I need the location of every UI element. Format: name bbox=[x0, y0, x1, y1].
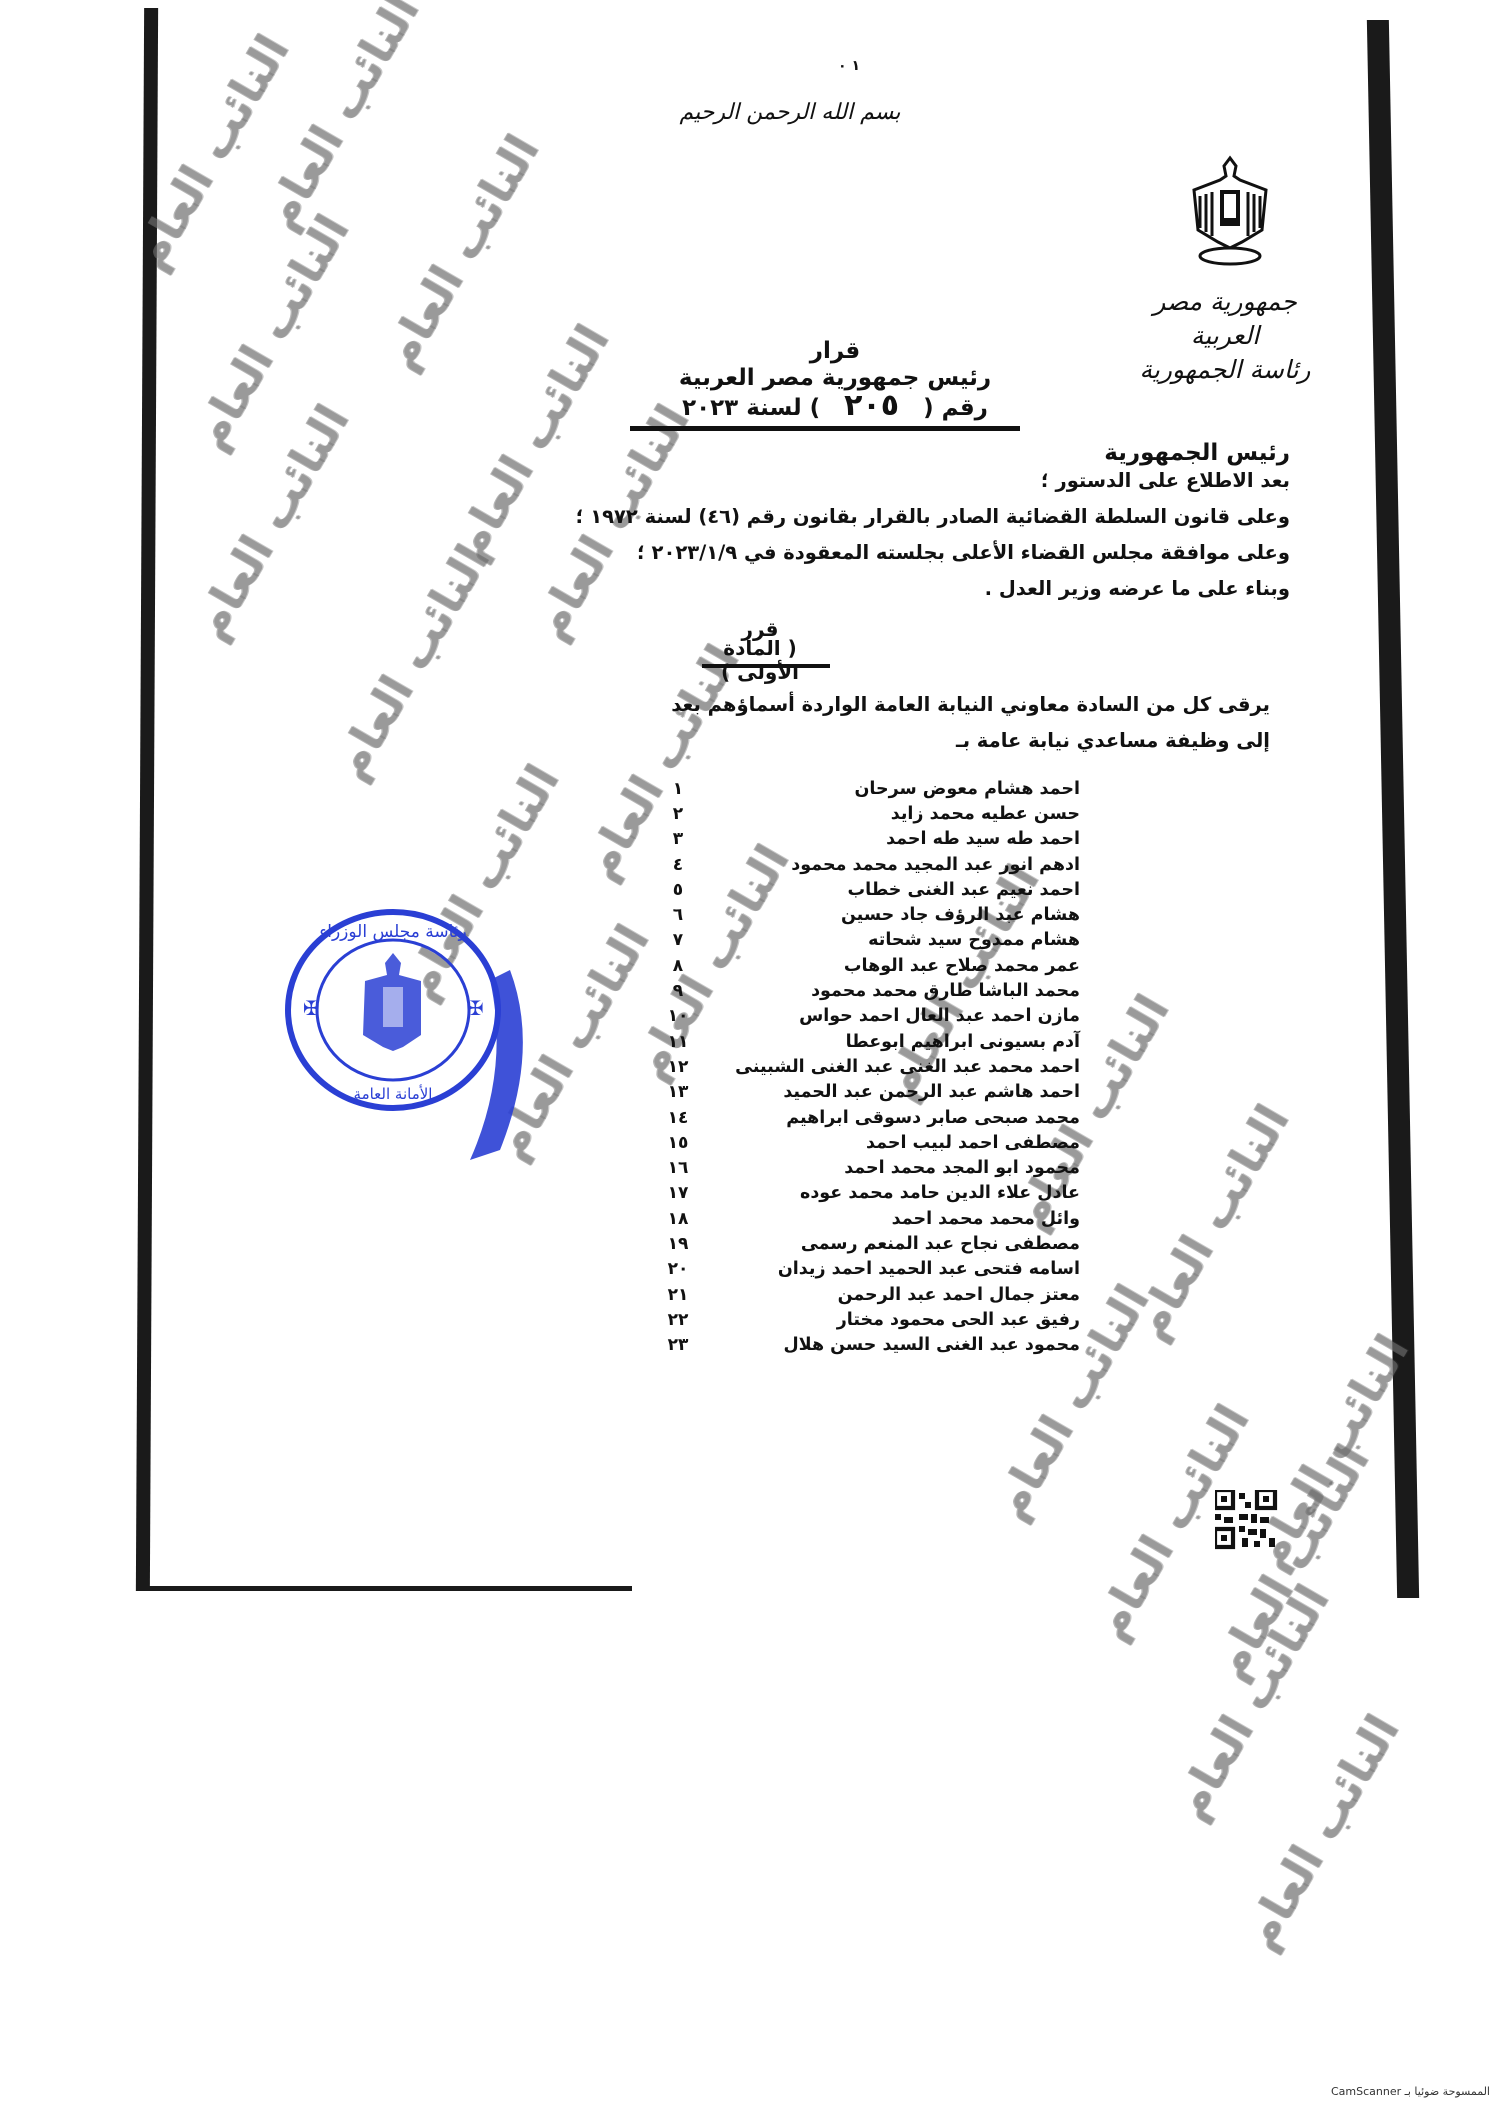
basmala: بسم الله الرحمن الرحيم bbox=[660, 100, 920, 125]
list-item: ١٧عادل علاء الدين حامد محمد عوده bbox=[650, 1181, 1100, 1206]
list-item: ٢حسن عطيه محمد زايد bbox=[650, 801, 1100, 826]
decree-number-line: رقم (٢٠٥) لسنة ٢٠٢٣ bbox=[620, 392, 1050, 422]
list-item-name: محمود ابو المجد محمد احمد bbox=[706, 1158, 1100, 1178]
list-item-number: ٤ bbox=[650, 855, 706, 875]
scan-border-bottom bbox=[140, 1586, 632, 1591]
list-item-number: ١٠ bbox=[650, 1006, 706, 1026]
svg-text:الأمانة العامة: الأمانة العامة bbox=[354, 1084, 433, 1103]
list-item: ٩محمد الباشا طارق محمد محمود bbox=[650, 978, 1100, 1003]
list-item-number: ١ bbox=[650, 779, 706, 799]
decree-issuer: رئيس جمهورية مصر العربية bbox=[620, 365, 1050, 392]
watermark-text: النائب العام bbox=[372, 125, 549, 378]
list-item: ١٦محمود ابو المجد محمد احمد bbox=[650, 1155, 1100, 1180]
list-item: ١٣احمد هاشم عبد الرحمن عبد الحميد bbox=[650, 1080, 1100, 1105]
list-item-number: ٢٠ bbox=[650, 1259, 706, 1279]
decree-title: قرار bbox=[620, 338, 1050, 365]
list-item-name: احمد طه سيد طه احمد bbox=[706, 829, 1100, 849]
list-item-name: عمر محمد صلاح عبد الوهاب bbox=[706, 956, 1100, 976]
letterhead: جمهورية مصر العربية رئاسة الجمهورية bbox=[1130, 285, 1320, 387]
list-item-number: ١٧ bbox=[650, 1183, 706, 1203]
list-item-name: معتز جمال احمد عبد الرحمن bbox=[706, 1285, 1100, 1305]
list-item-name: محمد الباشا طارق محمد محمود bbox=[706, 981, 1100, 1001]
letterhead-country: جمهورية مصر العربية bbox=[1130, 285, 1320, 353]
list-item-number: ١٣ bbox=[650, 1082, 706, 1102]
list-item: ١٢احمد محمد عبد الغنى عبد الغنى الشبينى bbox=[650, 1054, 1100, 1079]
list-item-number: ١٥ bbox=[650, 1133, 706, 1153]
scan-border-left bbox=[136, 8, 158, 1591]
list-item-number: ٧ bbox=[650, 930, 706, 950]
list-item-name: رفيق عبد الحى محمود مختار bbox=[706, 1310, 1100, 1330]
list-item-number: ٥ bbox=[650, 880, 706, 900]
qr-code-icon bbox=[1215, 1490, 1281, 1550]
watermark-text: النائب العام bbox=[252, 0, 429, 239]
eagle-emblem-icon bbox=[1180, 150, 1280, 270]
list-item: ٢٣محمود عبد الغنى السيد حسن هلال bbox=[650, 1333, 1100, 1358]
list-item-name: آدم بسيونى ابراهيم ابوعطا bbox=[706, 1032, 1100, 1052]
list-item-number: ٢٢ bbox=[650, 1310, 706, 1330]
letterhead-office: رئاسة الجمهورية bbox=[1130, 353, 1320, 387]
list-item: ١٥مصطفى احمد لبيب احمد bbox=[650, 1130, 1100, 1155]
watermark-text: النائب العام bbox=[182, 205, 359, 458]
list-item-name: محمود عبد الغنى السيد حسن هلال bbox=[706, 1335, 1100, 1355]
list-item: ٤ادهم انور عبد المجيد محمد محمود bbox=[650, 852, 1100, 877]
list-item-name: ادهم انور عبد المجيد محمد محمود bbox=[706, 855, 1100, 875]
svg-text:رئاسة مجلس الوزراء: رئاسة مجلس الوزراء bbox=[319, 922, 467, 942]
list-item-name: احمد نعيم عبد الغنى خطاب bbox=[706, 880, 1100, 900]
list-item-number: ٨ bbox=[650, 956, 706, 976]
page-marks: ١ ٠ bbox=[740, 58, 860, 74]
list-item-name: مازن احمد عبد العال احمد حواس bbox=[706, 1006, 1100, 1026]
header-underline bbox=[630, 426, 1020, 431]
list-item: ٨عمر محمد صلاح عبد الوهاب bbox=[650, 953, 1100, 978]
article-body-line: إلى وظيفة مساعدي نيابة عامة بـ bbox=[320, 723, 1270, 759]
decree-number: ٢٠٥ bbox=[844, 388, 899, 423]
list-item: ١٠مازن احمد عبد العال احمد حواس bbox=[650, 1004, 1100, 1029]
watermark-text: النائب العام bbox=[1122, 1095, 1299, 1348]
list-item-number: ٢ bbox=[650, 804, 706, 824]
article-underline bbox=[702, 664, 830, 668]
list-item-name: احمد هشام معوض سرحان bbox=[706, 779, 1100, 799]
decree-number-label: رقم ( bbox=[923, 395, 988, 421]
list-item-number: ١١ bbox=[650, 1032, 706, 1052]
list-item: ٢٠اسامه فتحى عبد الحميد احمد زيدان bbox=[650, 1257, 1100, 1282]
article-body: يرقى كل من السادة معاوني النيابة العامة … bbox=[320, 687, 1270, 759]
list-item: ٦هشام عبد الرؤف جاد حسين bbox=[650, 902, 1100, 927]
list-item: ١٨وائل محمد محمد احمد bbox=[650, 1206, 1100, 1231]
list-item-number: ١٢ bbox=[650, 1057, 706, 1077]
list-item: ٣احمد طه سيد طه احمد bbox=[650, 827, 1100, 852]
list-item-name: حسن عطيه محمد زايد bbox=[706, 804, 1100, 824]
list-item-number: ٢١ bbox=[650, 1285, 706, 1305]
list-item-number: ٢٣ bbox=[650, 1335, 706, 1355]
list-item-name: مصطفى نجاح عبد المنعم رسمى bbox=[706, 1234, 1100, 1254]
list-item: ١احمد هشام معوض سرحان bbox=[650, 776, 1100, 801]
preamble-line: بعد الاطلاع على الدستور ؛ bbox=[420, 463, 1290, 499]
seal-partial-arc bbox=[430, 960, 540, 1170]
watermark-text: النائب العام bbox=[1202, 1435, 1379, 1688]
svg-text:✠: ✠ bbox=[303, 996, 320, 1020]
decree-year: ) لسنة ٢٠٢٣ bbox=[682, 395, 820, 421]
list-item-name: اسامه فتحى عبد الحميد احمد زيدان bbox=[706, 1259, 1100, 1279]
article-title: ( المادة الأولى ) bbox=[690, 636, 830, 684]
list-item-number: ٩ bbox=[650, 981, 706, 1001]
list-item-name: احمد هاشم عبد الرحمن عبد الحميد bbox=[706, 1082, 1100, 1102]
list-item: ٥احمد نعيم عبد الغنى خطاب bbox=[650, 877, 1100, 902]
list-item: ٢١معتز جمال احمد عبد الرحمن bbox=[650, 1282, 1100, 1307]
list-item-number: ١٩ bbox=[650, 1234, 706, 1254]
preamble-line: وعلى موافقة مجلس القضاء الأعلى بجلسته ال… bbox=[420, 535, 1290, 571]
list-item-name: محمد صبحى صابر دسوقى ابراهيم bbox=[706, 1108, 1100, 1128]
watermark-text: النائب العام bbox=[182, 395, 359, 648]
scan-border-right bbox=[1367, 20, 1419, 1598]
list-item-number: ١٨ bbox=[650, 1209, 706, 1229]
list-item: ٧هشام ممدوح سيد شحاته bbox=[650, 928, 1100, 953]
list-item: ١٩مصطفى نجاح عبد المنعم رسمى bbox=[650, 1231, 1100, 1256]
list-item-number: ٦ bbox=[650, 905, 706, 925]
list-item-name: مصطفى احمد لبيب احمد bbox=[706, 1133, 1100, 1153]
list-item-number: ١٤ bbox=[650, 1108, 706, 1128]
list-item-name: عادل علاء الدين حامد محمد عوده bbox=[706, 1183, 1100, 1203]
list-item-name: وائل محمد محمد احمد bbox=[706, 1209, 1100, 1229]
watermark-text: النائب العام bbox=[1232, 1705, 1409, 1958]
preamble: بعد الاطلاع على الدستور ؛ وعلى قانون الس… bbox=[420, 463, 1290, 607]
names-list: ١احمد هشام معوض سرحان٢حسن عطيه محمد زايد… bbox=[650, 776, 1100, 1358]
list-item-name: هشام عبد الرؤف جاد حسين bbox=[706, 905, 1100, 925]
list-item: ١١آدم بسيونى ابراهيم ابوعطا bbox=[650, 1029, 1100, 1054]
preamble-line: وعلى قانون السلطة القضائية الصادر بالقرا… bbox=[420, 499, 1290, 535]
watermark-text: النائب العام bbox=[1162, 1575, 1339, 1828]
list-item: ٢٢رفيق عبد الحى محمود مختار bbox=[650, 1307, 1100, 1332]
list-item-number: ١٦ bbox=[650, 1158, 706, 1178]
list-item-number: ٣ bbox=[650, 829, 706, 849]
scanner-footer: الممسوحة ضوئيا بـ CamScanner bbox=[1300, 2085, 1490, 2098]
preamble-line: وبناء على ما عرضه وزير العدل . bbox=[420, 571, 1290, 607]
decree-header: قرار رئيس جمهورية مصر العربية رقم (٢٠٥) … bbox=[620, 338, 1050, 422]
article-body-line: يرقى كل من السادة معاوني النيابة العامة … bbox=[320, 687, 1270, 723]
list-item-name: احمد محمد عبد الغنى عبد الغنى الشبينى bbox=[706, 1057, 1100, 1077]
list-item: ١٤محمد صبحى صابر دسوقى ابراهيم bbox=[650, 1105, 1100, 1130]
list-item-name: هشام ممدوح سيد شحاته bbox=[706, 930, 1100, 950]
